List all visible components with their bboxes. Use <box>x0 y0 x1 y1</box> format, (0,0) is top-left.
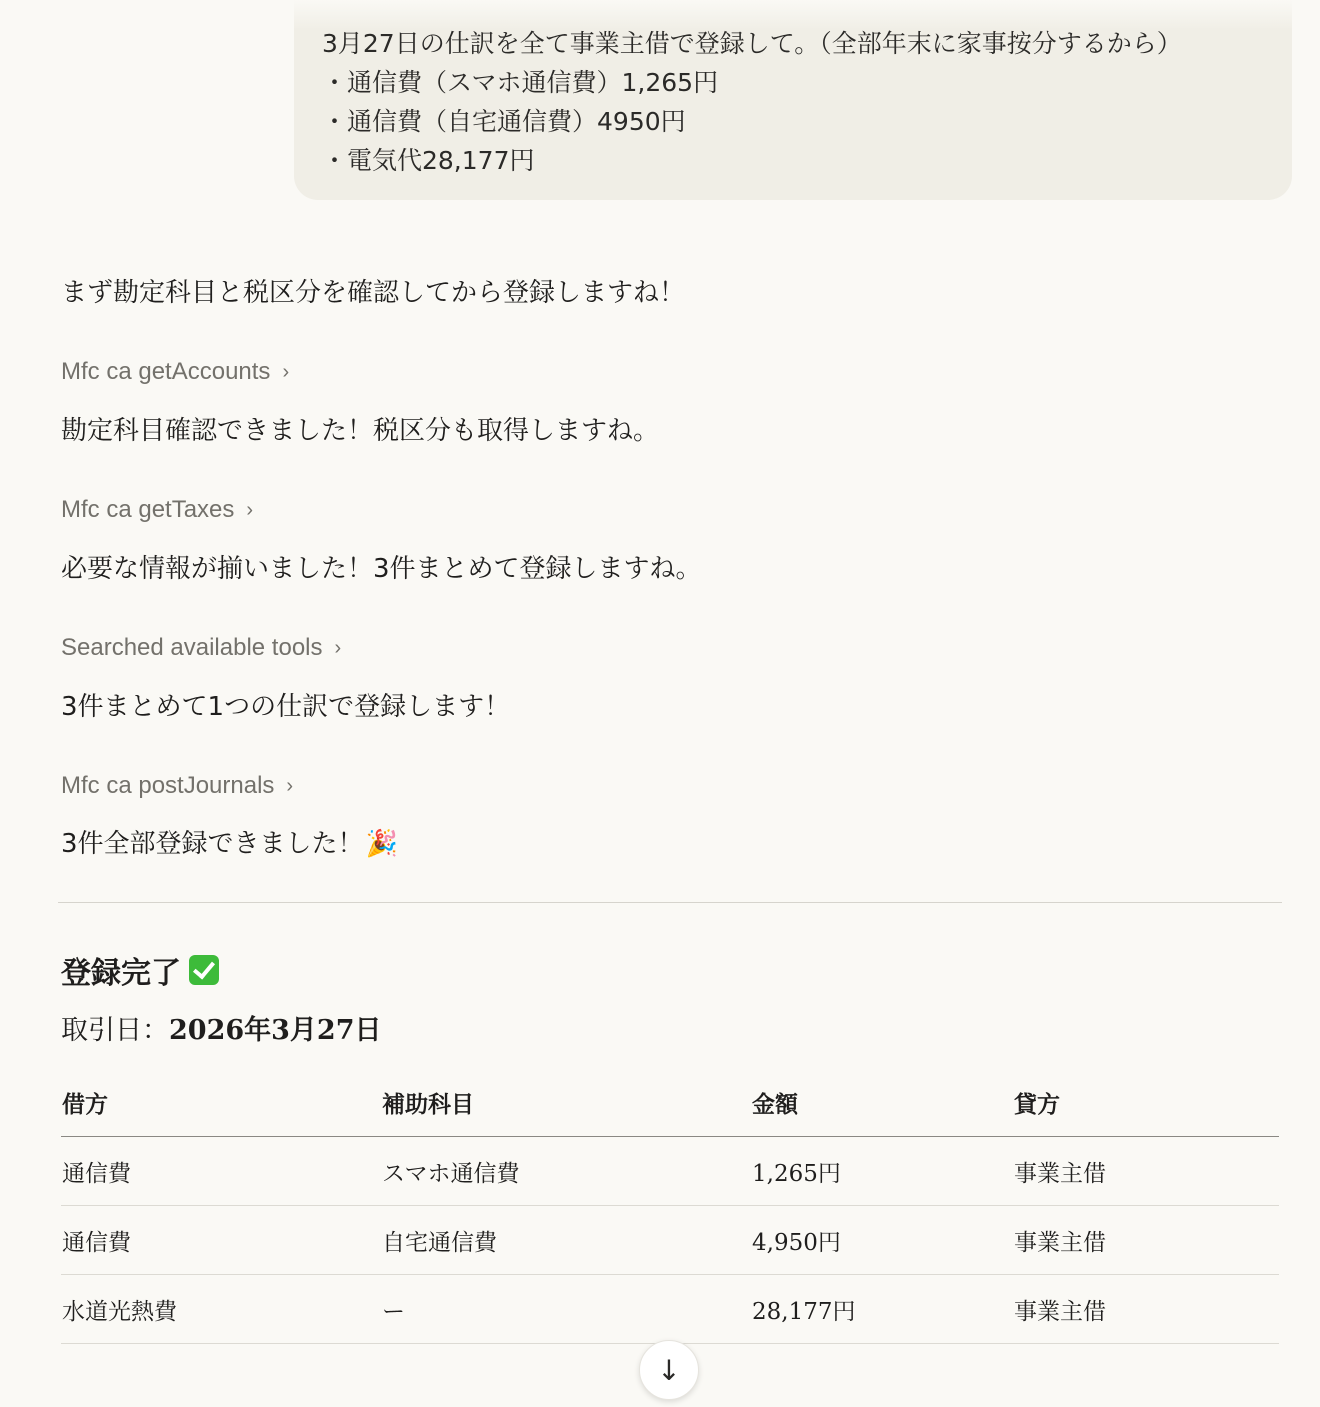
journal-table: 借方 補助科目 金額 貸方 通信費 スマホ通信費 1,265円 事業主借 通信費… <box>61 1068 1279 1344</box>
credit-cell: 事業主借 <box>1013 1206 1279 1275</box>
assistant-step-text: 3件まとめて1つの仕訳で登録します！ <box>61 686 510 723</box>
table-row: 水道光熱費 ー 28,177円 事業主借 <box>61 1275 1279 1344</box>
column-header-debit: 借方 <box>61 1068 381 1137</box>
user-message-line: ・通信費（スマホ通信費）1,265円 <box>322 63 1264 102</box>
summary-heading: 登録完了 <box>61 948 219 992</box>
debit-cell: 通信費 <box>61 1137 381 1206</box>
tool-call-post-journals[interactable]: Mfc ca postJournals › <box>61 772 293 800</box>
horizontal-divider <box>58 902 1282 903</box>
amount-cell: 1,265円 <box>751 1137 1013 1206</box>
tool-call-get-taxes[interactable]: Mfc ca getTaxes › <box>61 496 253 524</box>
transaction-date-value: 2026年3月27日 <box>169 1015 382 1046</box>
chevron-right-icon: › <box>286 775 293 798</box>
column-header-amount: 金額 <box>751 1068 1013 1137</box>
tool-call-label: Searched available tools <box>61 634 323 662</box>
transaction-date: 取引日：2026年3月27日 <box>61 1008 382 1047</box>
tool-call-label: Mfc ca getTaxes <box>61 496 234 524</box>
credit-cell: 事業主借 <box>1013 1275 1279 1344</box>
user-message-line: ・電気代28,177円 <box>322 141 1264 180</box>
transaction-date-label: 取引日： <box>61 1015 169 1046</box>
arrow-down-icon: ↓ <box>657 1354 680 1387</box>
tool-call-get-accounts[interactable]: Mfc ca getAccounts › <box>61 358 289 386</box>
table-row: 通信費 自宅通信費 4,950円 事業主借 <box>61 1206 1279 1275</box>
chevron-right-icon: › <box>282 361 289 384</box>
assistant-step-text: 3件全部登録できました！🎉 <box>61 823 398 860</box>
assistant-step-text: 勘定科目確認できました！税区分も取得しますね。 <box>61 410 659 447</box>
column-header-sub-account: 補助科目 <box>381 1068 751 1137</box>
table-header-row: 借方 補助科目 金額 貸方 <box>61 1068 1279 1137</box>
debit-cell: 水道光熱費 <box>61 1275 381 1344</box>
table-row: 通信費 スマホ通信費 1,265円 事業主借 <box>61 1137 1279 1206</box>
user-message-bubble: 3月27日の仕訳を全て事業主借で登録して。（全部年末に家事按分するから） ・通信… <box>294 0 1292 200</box>
user-message-line: 3月27日の仕訳を全て事業主借で登録して。（全部年末に家事按分するから） <box>322 24 1264 63</box>
completion-text: 3件全部登録できました！ <box>61 829 364 859</box>
assistant-step-text: 必要な情報が揃いました！3件まとめて登録しますね。 <box>61 548 702 585</box>
sub-account-cell: 自宅通信費 <box>381 1206 751 1275</box>
amount-cell: 4,950円 <box>751 1206 1013 1275</box>
credit-cell: 事業主借 <box>1013 1137 1279 1206</box>
summary-heading-text: 登録完了 <box>61 948 181 992</box>
debit-cell: 通信費 <box>61 1206 381 1275</box>
sub-account-cell: ー <box>381 1275 751 1344</box>
check-mark-button-icon <box>189 955 219 985</box>
tool-call-label: Mfc ca getAccounts <box>61 358 270 386</box>
assistant-intro-text: まず勘定科目と税区分を確認してから登録しますね！ <box>61 272 685 309</box>
chevron-right-icon: › <box>246 499 253 522</box>
tool-call-searched-tools[interactable]: Searched available tools › <box>61 634 341 662</box>
party-popper-icon: 🎉 <box>366 829 398 859</box>
scroll-to-bottom-button[interactable]: ↓ <box>639 1340 699 1400</box>
column-header-credit: 貸方 <box>1013 1068 1279 1137</box>
amount-cell: 28,177円 <box>751 1275 1013 1344</box>
tool-call-label: Mfc ca postJournals <box>61 772 274 800</box>
chevron-right-icon: › <box>335 637 342 660</box>
sub-account-cell: スマホ通信費 <box>381 1137 751 1206</box>
user-message-line: ・通信費（自宅通信費）4950円 <box>322 102 1264 141</box>
